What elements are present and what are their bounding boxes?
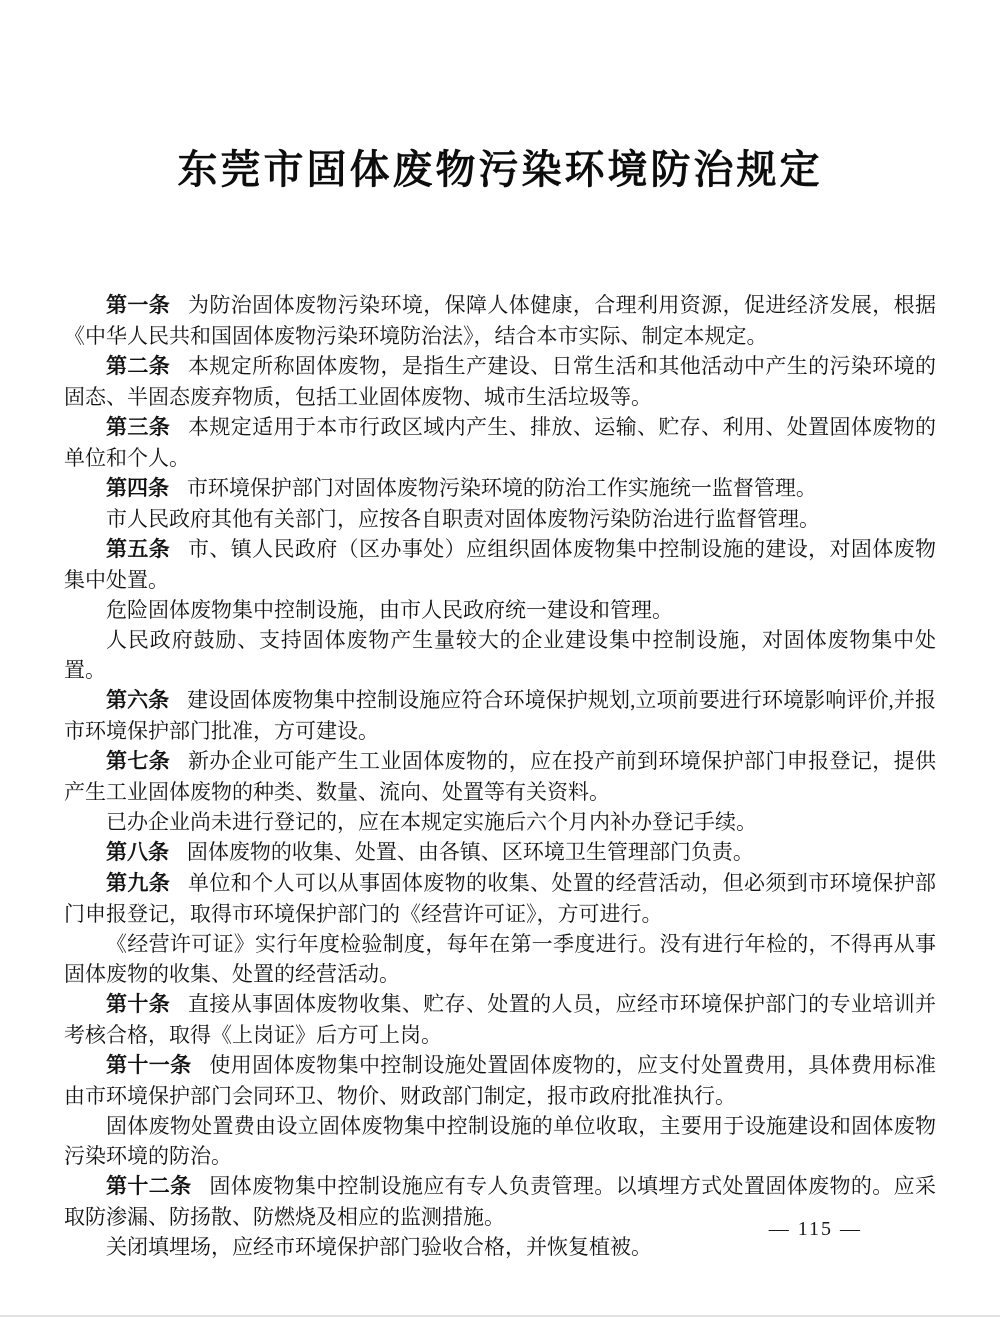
paragraph-text: 关闭填埋场，应经市环境保护部门验收合格，并恢复植被。 — [106, 1235, 652, 1259]
page-number: — 115 — — [769, 1218, 862, 1241]
paragraph: 第三条本规定适用于本市行政区域内产生、排放、运输、贮存、利用、处置固体废物的单位… — [64, 412, 936, 473]
article-number: 第二条 — [106, 355, 170, 378]
article-number: 第十二条 — [106, 1175, 192, 1198]
article-number: 第一条 — [106, 294, 170, 317]
paragraph-text: 危险固体废物集中控制设施，由市人民政府统一建设和管理。 — [106, 598, 673, 622]
paragraph: 《经营许可证》实行年度检验制度，每年在第一季度进行。没有进行年检的，不得再从事固… — [64, 929, 936, 989]
paragraph-text: 直接从事固体废物收集、贮存、处置的人员，应经市环境保护部门的专业培训并考核合格，… — [64, 992, 936, 1047]
paragraph: 第七条新办企业可能产生工业固体废物的，应在投产前到环境保护部门申报登记，提供产生… — [64, 746, 936, 807]
paragraph: 人民政府鼓励、支持固体废物产生量较大的企业建设集中控制设施，对固体废物集中处置。 — [64, 625, 936, 685]
article-number: 第十一条 — [106, 1054, 192, 1077]
article-number: 第三条 — [106, 416, 170, 439]
paragraph: 第五条市、镇人民政府（区办事处）应组织固体废物集中控制设施的建设，对固体废物集中… — [64, 534, 936, 595]
paragraph: 市人民政府其他有关部门，应按各自职责对固体废物污染防治进行监督管理。 — [64, 504, 936, 534]
paragraph-text: 单位和个人可以从事固体废物的收集、处置的经营活动，但必须到市环境保护部门申报登记… — [64, 871, 936, 926]
paragraph-text: 使用固体废物集中控制设施处置固体废物的，应支付处置费用，具体费用标准由市环境保护… — [64, 1053, 936, 1108]
paragraph-text: 市、镇人民政府（区办事处）应组织固体废物集中控制设施的建设，对固体废物集中处置。 — [64, 537, 936, 592]
article-number: 第七条 — [106, 750, 170, 773]
paragraph: 固体废物处置费由设立固体废物集中控制设施的单位收取，主要用于设施建设和固体废物污… — [64, 1111, 936, 1171]
article-number: 第四条 — [106, 477, 169, 500]
paragraph-text: 新办企业可能产生工业固体废物的，应在投产前到环境保护部门申报登记，提供产生工业固… — [64, 749, 936, 804]
article-number: 第十条 — [106, 993, 170, 1016]
article-number: 第六条 — [106, 689, 169, 712]
paragraph: 危险固体废物集中控制设施，由市人民政府统一建设和管理。 — [64, 595, 936, 625]
page-title: 东莞市固体废物污染环境防治规定 — [0, 0, 1000, 195]
paragraph: 第十一条使用固体废物集中控制设施处置固体废物的，应支付处置费用，具体费用标准由市… — [64, 1050, 936, 1111]
paragraph-text: 固体废物的收集、处置、由各镇、区环境卫生管理部门负责。 — [187, 840, 754, 864]
paragraph-text: 固体废物处置费由设立固体废物集中控制设施的单位收取，主要用于设施建设和固体废物污… — [64, 1114, 936, 1168]
paragraph-text: 本规定适用于本市行政区域内产生、排放、运输、贮存、利用、处置固体废物的单位和个人… — [64, 415, 936, 470]
paragraph: 第八条固体废物的收集、处置、由各镇、区环境卫生管理部门负责。 — [64, 837, 936, 868]
paragraph: 第一条为防治固体废物污染环境，保障人体健康，合理利用资源，促进经济发展，根据《中… — [64, 290, 936, 351]
paragraph-text: 人民政府鼓励、支持固体废物产生量较大的企业建设集中控制设施，对固体废物集中处置。 — [64, 628, 936, 682]
paragraph: 第十条直接从事固体废物收集、贮存、处置的人员，应经市环境保护部门的专业培训并考核… — [64, 989, 936, 1050]
paragraph: 第九条单位和个人可以从事固体废物的收集、处置的经营活动，但必须到市环境保护部门申… — [64, 868, 936, 929]
paragraph-text: 为防治固体废物污染环境，保障人体健康，合理利用资源，促进经济发展，根据《中华人民… — [64, 293, 936, 348]
paragraph-text: 建设固体废物集中控制设施应符合环境保护规划,立项前要进行环境影响评价,并报市环境… — [64, 688, 936, 743]
paragraph-text: 市环境保护部门对固体废物污染环境的防治工作实施统一监督管理。 — [187, 476, 817, 500]
paragraph-text: 已办企业尚未进行登记的，应在本规定实施后六个月内补办登记手续。 — [106, 810, 757, 834]
paragraph-text: 市人民政府其他有关部门，应按各自职责对固体废物污染防治进行监督管理。 — [106, 507, 820, 531]
document-page: 东莞市固体废物污染环境防治规定 第一条为防治固体废物污染环境，保障人体健康，合理… — [0, 0, 1000, 1317]
paragraph: 已办企业尚未进行登记的，应在本规定实施后六个月内补办登记手续。 — [64, 807, 936, 837]
paragraph: 第四条市环境保护部门对固体废物污染环境的防治工作实施统一监督管理。 — [64, 473, 936, 504]
paragraph-text: 本规定所称固体废物，是指生产建设、日常生活和其他活动中产生的污染环境的固态、半固… — [64, 354, 936, 409]
paragraph: 第二条本规定所称固体废物，是指生产建设、日常生活和其他活动中产生的污染环境的固态… — [64, 351, 936, 412]
article-number: 第五条 — [106, 538, 170, 561]
article-number: 第九条 — [106, 872, 170, 895]
article-number: 第八条 — [106, 841, 169, 864]
document-body: 第一条为防治固体废物污染环境，保障人体健康，合理利用资源，促进经济发展，根据《中… — [0, 195, 1000, 1262]
paragraph: 第六条建设固体废物集中控制设施应符合环境保护规划,立项前要进行环境影响评价,并报… — [64, 685, 936, 746]
paragraph-text: 《经营许可证》实行年度检验制度，每年在第一季度进行。没有进行年检的，不得再从事固… — [64, 932, 936, 986]
